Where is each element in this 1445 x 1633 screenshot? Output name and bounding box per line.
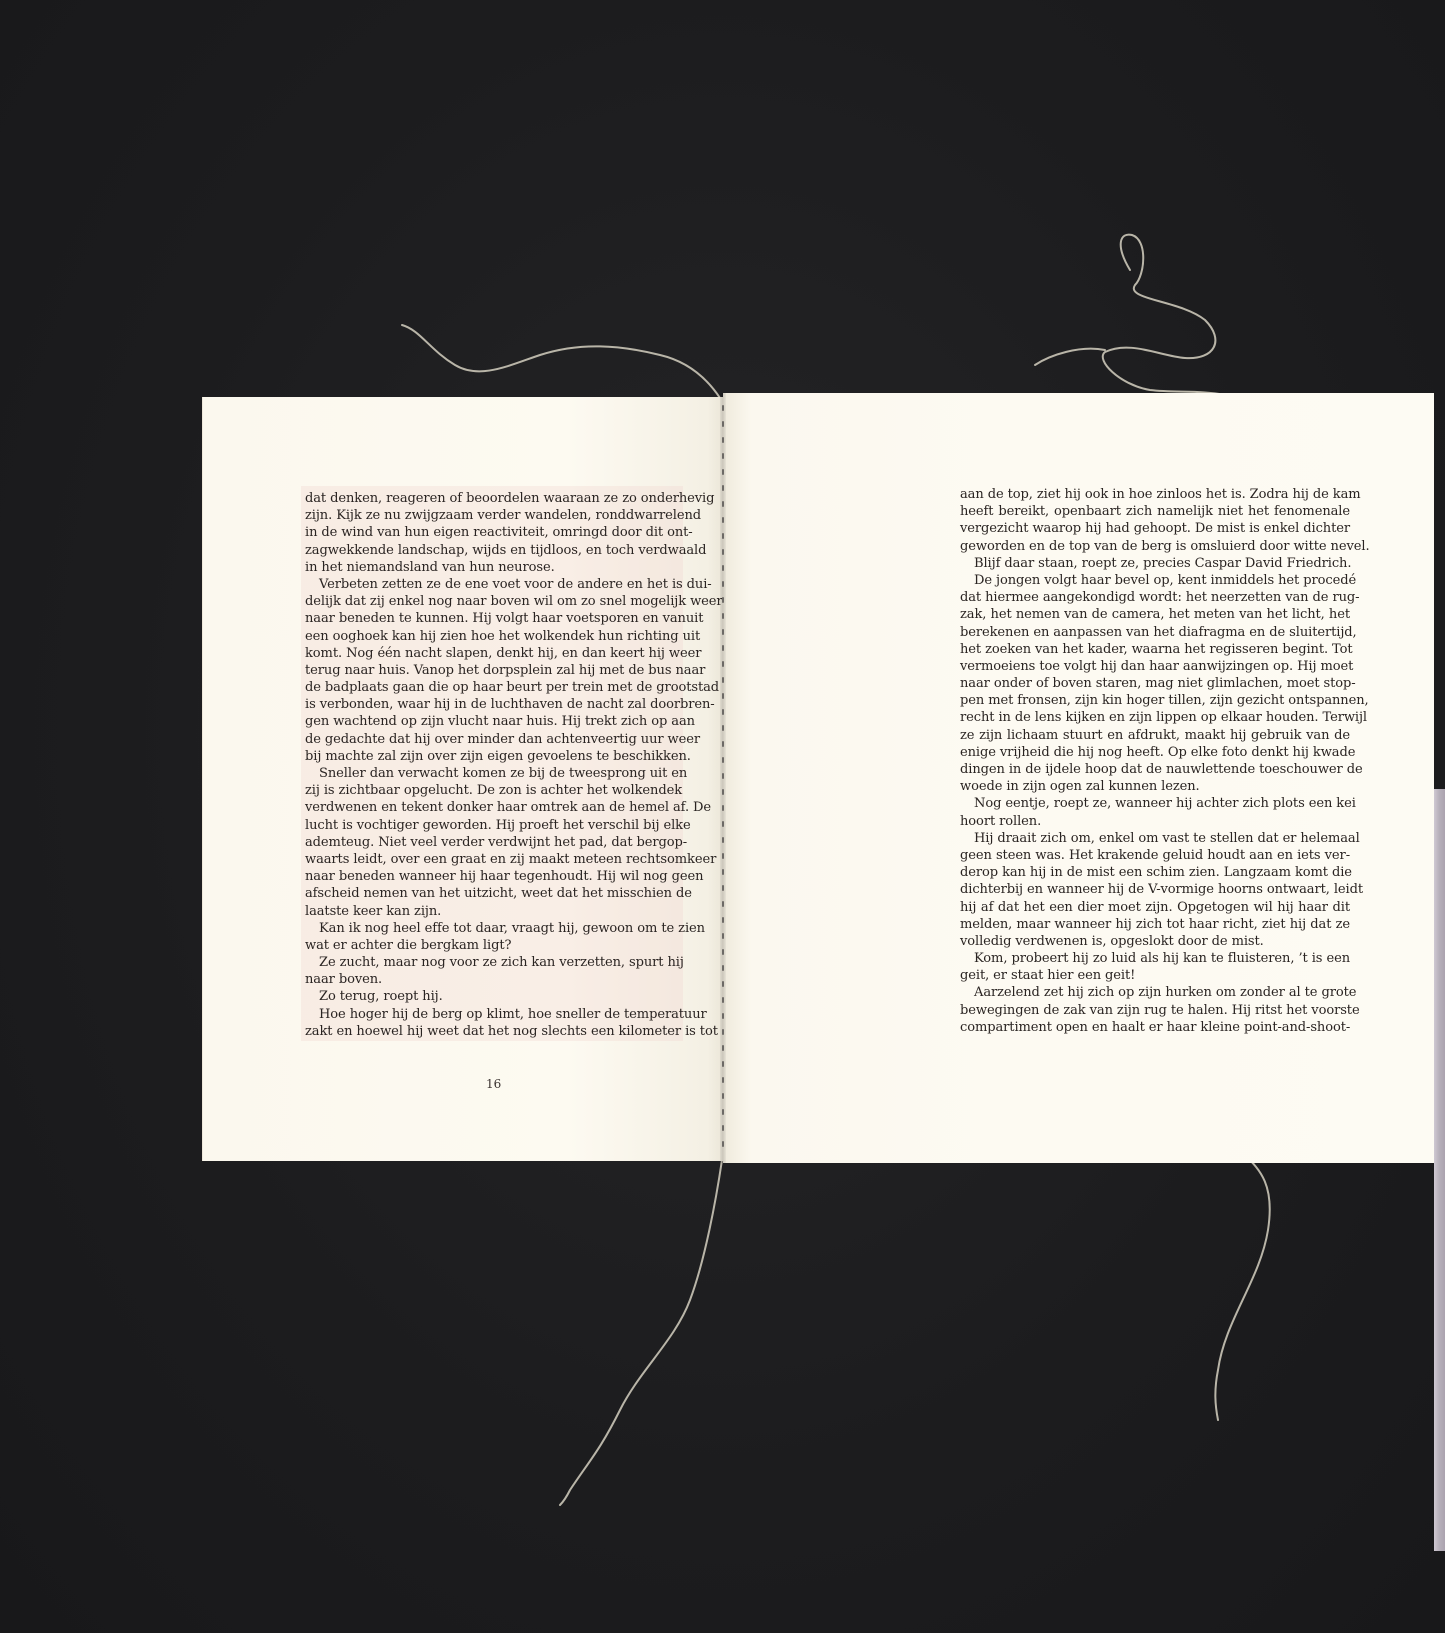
text-line: zakt en hoewel hij weet dat het nog slec…: [305, 1023, 679, 1040]
text-line: aan de top, ziet hij ook in hoe zinloos …: [960, 486, 1350, 503]
stitch-mark: [722, 949, 724, 955]
stitch-mark: [722, 517, 724, 523]
text-line: naar boven.: [305, 971, 679, 988]
stitch-mark: [722, 741, 724, 747]
left-page-text: dat denken, reageren of beoordelen waara…: [305, 490, 679, 1040]
stitch-mark: [722, 1013, 724, 1019]
text-line: pen met fronsen, zijn kin hoger tillen, …: [960, 692, 1350, 709]
stitch-mark: [722, 469, 724, 475]
stitch-mark: [722, 1077, 724, 1083]
stitch-mark: [722, 805, 724, 811]
text-line: Kom, probeert hij zo luid als hij kan te…: [960, 950, 1350, 967]
text-line: enige vrijheid die hij nog heeft. Op elk…: [960, 744, 1350, 761]
text-line: in het niemandsland van hun neurose.: [305, 559, 679, 576]
stitch-mark: [722, 453, 724, 459]
text-line: dingen in de ijdele hoop dat de nauwlett…: [960, 761, 1350, 778]
stitch-mark: [722, 1093, 724, 1099]
stitch-mark: [722, 645, 724, 651]
text-line: Kan ik nog heel effe tot daar, vraagt hi…: [305, 920, 679, 937]
stitch-mark: [722, 1029, 724, 1035]
stitch-mark: [722, 581, 724, 587]
text-line: derop kan hij in de mist een schim zien.…: [960, 864, 1350, 881]
text-line: dat denken, reageren of beoordelen waara…: [305, 490, 679, 507]
text-line: zijn. Kijk ze nu zwijgzaam verder wandel…: [305, 507, 679, 524]
stitch-mark: [722, 981, 724, 987]
text-line: de badplaats gaan die op haar beurt per …: [305, 679, 679, 696]
text-line: zij is zichtbaar opgelucht. De zon is ac…: [305, 782, 679, 799]
text-line: Hoe hoger hij de berg op klimt, hoe snel…: [305, 1006, 679, 1023]
stitch-mark: [722, 933, 724, 939]
text-line: Ze zucht, maar nog voor ze zich kan verz…: [305, 954, 679, 971]
text-line: het zoeken van het kader, waarna het reg…: [960, 641, 1350, 658]
text-line: hij af dat het een dier moet zijn. Opget…: [960, 899, 1350, 916]
stitch-mark: [722, 661, 724, 667]
text-line: dichterbij en wanneer hij de V-vormige h…: [960, 881, 1350, 898]
text-line: delijk dat zij enkel nog naar boven wil …: [305, 593, 679, 610]
stitch-mark: [722, 773, 724, 779]
stitch-mark: [722, 629, 724, 635]
text-line: vermoeiens toe volgt hij dan haar aanwij…: [960, 658, 1350, 675]
text-line: Verbeten zetten ze de ene voet voor de a…: [305, 576, 679, 593]
text-line: bewegingen de zak van zijn rug te halen.…: [960, 1002, 1350, 1019]
stitch-mark: [722, 405, 724, 411]
stitch-mark: [722, 757, 724, 763]
right-page: aan de top, ziet hij ook in hoe zinloos …: [723, 393, 1434, 1163]
text-line: dat hiermee aangekondigd wordt: het neer…: [960, 589, 1350, 606]
page-number-left: 16: [486, 1077, 501, 1091]
stitch-mark: [722, 565, 724, 571]
text-line: Sneller dan verwacht komen ze bij de twe…: [305, 765, 679, 782]
text-line: wat er achter die bergkam ligt?: [305, 937, 679, 954]
text-line: recht in de lens kijken en zijn lippen o…: [960, 709, 1350, 726]
stitch-mark: [722, 533, 724, 539]
text-line: in de wind van hun eigen reactiviteit, o…: [305, 524, 679, 541]
text-line: terug naar huis. Vanop het dorpsplein za…: [305, 662, 679, 679]
stitch-mark: [722, 1061, 724, 1067]
stitch-mark: [722, 965, 724, 971]
text-line: een ooghoek kan hij zien hoe het wolkend…: [305, 628, 679, 645]
stitch-mark: [722, 613, 724, 619]
text-line: Hij draait zich om, enkel om vast te ste…: [960, 830, 1350, 847]
stitch-mark: [722, 1125, 724, 1131]
stitch-mark: [722, 693, 724, 699]
text-line: zak, het nemen van de camera, het meten …: [960, 606, 1350, 623]
stitch-mark: [722, 789, 724, 795]
stitch-mark: [722, 421, 724, 427]
stitch-mark: [722, 821, 724, 827]
text-line: compartiment open en haalt er haar klein…: [960, 1019, 1350, 1036]
text-line: geit, er staat hier een geit!: [960, 967, 1350, 984]
text-line: afscheid nemen van het uitzicht, weet da…: [305, 885, 679, 902]
stitch-mark: [722, 485, 724, 491]
stitch-mark: [722, 1141, 724, 1147]
text-line: melden, maar wanneer hij zich tot haar r…: [960, 916, 1350, 933]
text-line: gen wachtend op zijn vlucht naar huis. H…: [305, 713, 679, 730]
text-line: Nog eentje, roept ze, wanneer hij achter…: [960, 795, 1350, 812]
stitch-mark: [722, 837, 724, 843]
text-line: lucht is vochtiger geworden. Hij proeft …: [305, 817, 679, 834]
stitch-mark: [722, 597, 724, 603]
text-line: geen steen was. Het krakende geluid houd…: [960, 847, 1350, 864]
stitch-mark: [722, 869, 724, 875]
text-line: naar onder of boven staren, mag niet gli…: [960, 675, 1350, 692]
stitch-mark: [722, 501, 724, 507]
right-page-text: aan de top, ziet hij ook in hoe zinloos …: [960, 486, 1350, 1036]
text-line: laatste keer kan zijn.: [305, 903, 679, 920]
text-line: de gedachte dat hij over minder dan acht…: [305, 731, 679, 748]
text-line: berekenen en aanpassen van het diafragma…: [960, 624, 1350, 641]
text-line: zagwekkende landschap, wijds en tijdloos…: [305, 542, 679, 559]
text-line: komt. Nog één nacht slapen, denkt hij, e…: [305, 645, 679, 662]
text-line: Blijf daar staan, roept ze, precies Casp…: [960, 555, 1350, 572]
stitch-mark: [722, 725, 724, 731]
stitch-mark: [722, 885, 724, 891]
text-line: hoort rollen.: [960, 813, 1350, 830]
text-line: heeft bereikt, openbaart zich namelijk n…: [960, 503, 1350, 520]
text-line: ze zijn lichaam stuurt en afdrukt, maakt…: [960, 727, 1350, 744]
text-line: waarts leidt, over een graat en zij maak…: [305, 851, 679, 868]
stitch-mark: [722, 1109, 724, 1115]
text-line: geworden en de top van de berg is omslui…: [960, 538, 1350, 555]
text-line: naar beneden wanneer hij haar tegenhoudt…: [305, 868, 679, 885]
left-page: dat denken, reageren of beoordelen waara…: [202, 397, 723, 1161]
text-line: bij machte zal zijn over zijn eigen gevo…: [305, 748, 679, 765]
stitch-mark: [722, 1045, 724, 1051]
text-line: vergezicht waarop hij had gehoopt. De mi…: [960, 520, 1350, 537]
text-line: Aarzelend zet hij zich op zijn hurken om…: [960, 984, 1350, 1001]
text-line: verdwenen en tekent donker haar omtrek a…: [305, 799, 679, 816]
stitch-mark: [722, 677, 724, 683]
text-line: volledig verdwenen is, opgeslokt door de…: [960, 933, 1350, 950]
text-line: woede in zijn ogen zal kunnen lezen.: [960, 778, 1350, 795]
stitch-mark: [722, 901, 724, 907]
stitch-mark: [722, 997, 724, 1003]
stitch-mark: [722, 437, 724, 443]
stitch-mark: [722, 549, 724, 555]
text-line: naar beneden te kunnen. Hij volgt haar v…: [305, 610, 679, 627]
text-line: Zo terug, roept hij.: [305, 988, 679, 1005]
stitch-mark: [722, 709, 724, 715]
page-edges: [1434, 789, 1445, 1551]
stitch-mark: [722, 917, 724, 923]
text-line: is verbonden, waar hij in de luchthaven …: [305, 696, 679, 713]
text-line: De jongen volgt haar bevel op, kent inmi…: [960, 572, 1350, 589]
stitch-mark: [722, 853, 724, 859]
open-book: dat denken, reageren of beoordelen waara…: [202, 393, 1245, 1163]
text-line: ademteug. Niet veel verder verdwijnt het…: [305, 834, 679, 851]
